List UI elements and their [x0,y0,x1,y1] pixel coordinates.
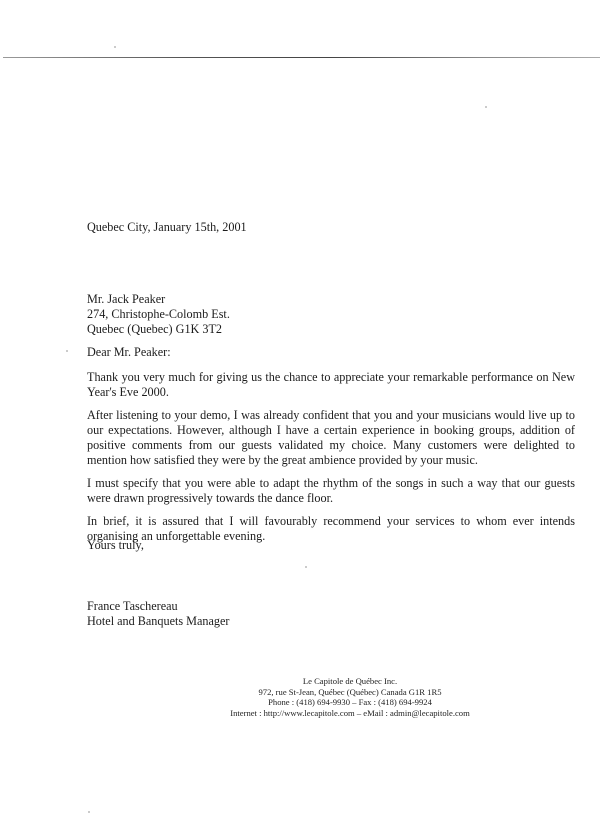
footer-company: Le Capitole de Québec Inc. [200,676,500,687]
recipient-address: Mr. Jack Peaker 274, Christophe-Colomb E… [87,292,230,337]
signature-block: France Taschereau Hotel and Banquets Man… [87,599,229,629]
top-rule [3,57,600,58]
scan-speck [305,566,307,568]
signer-title: Hotel and Banquets Manager [87,614,229,629]
signer-name: France Taschereau [87,599,229,614]
recipient-name: Mr. Jack Peaker [87,292,230,307]
body-paragraph: Thank you very much for giving us the ch… [87,370,575,400]
footer-phone-fax: Phone : (418) 694-9930 – Fax : (418) 694… [200,697,500,708]
letterhead-footer: Le Capitole de Québec Inc. 972, rue St-J… [200,676,500,718]
recipient-city: Quebec (Quebec) G1K 3T2 [87,322,230,337]
letter-date: Quebec City, January 15th, 2001 [87,220,247,235]
footer-internet: Internet : http://www.lecapitole.com – e… [200,708,500,719]
scan-speck [485,106,487,108]
body-paragraph: In brief, it is assured that I will favo… [87,514,575,544]
letter-body: Thank you very much for giving us the ch… [87,370,575,552]
body-paragraph: After listening to your demo, I was alre… [87,408,575,468]
scan-speck [66,350,68,352]
scan-speck [88,811,90,813]
recipient-street: 274, Christophe-Colomb Est. [87,307,230,322]
closing: Yours truly, [87,538,144,553]
salutation: Dear Mr. Peaker: [87,345,171,360]
body-paragraph: I must specify that you were able to ada… [87,476,575,506]
footer-address: 972, rue St-Jean, Québec (Québec) Canada… [200,687,500,698]
scan-speck [114,46,116,48]
